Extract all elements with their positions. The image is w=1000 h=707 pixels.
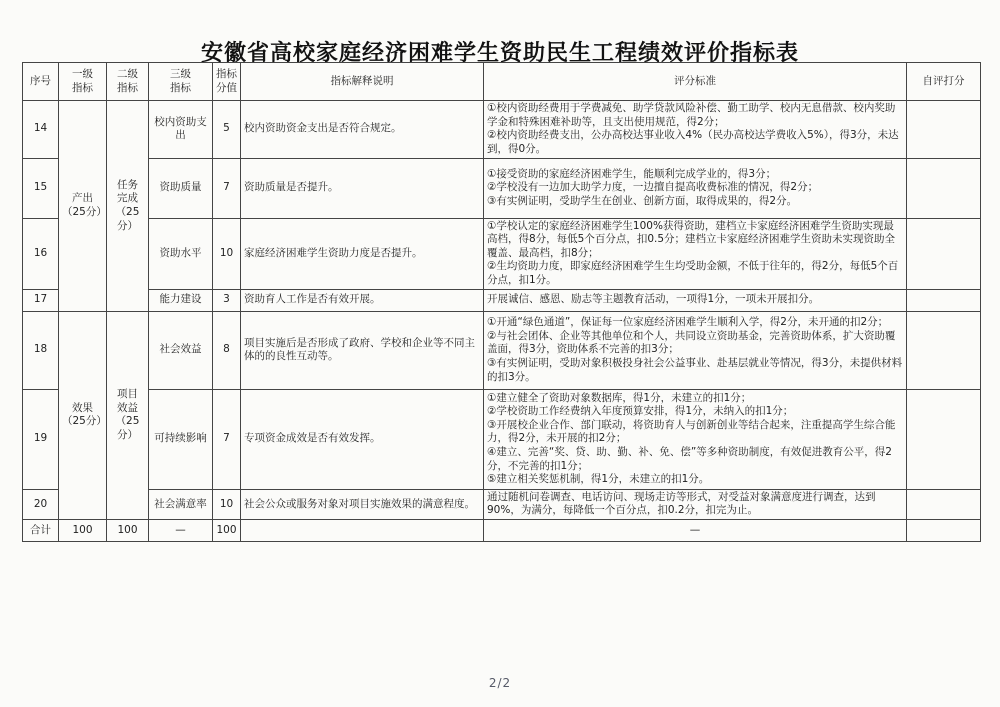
header-level1-indicator: 一级 指标	[59, 63, 107, 101]
cell-total-level3: —	[149, 520, 213, 542]
cell-level3: 资助质量	[149, 158, 213, 218]
header-criteria: 评分标准	[484, 63, 907, 101]
indicator-row-16: 16 资助水平 10 家庭经济困难学生资助力度是否提升。 ①学校认定的家庭经济困…	[23, 218, 981, 289]
indicator-row-17: 17 能力建设 3 资助育人工作是否有效开展。 开展诚信、感恩、励志等主题教育活…	[23, 289, 981, 311]
indicator-row-15: 15 资助质量 7 资助质量是否提升。 ①接受资助的家庭经济困难学生，能顺利完成…	[23, 158, 981, 218]
cell-level3: 校内资助支出	[149, 101, 213, 159]
cell-score: 3	[213, 289, 241, 311]
cell-criteria: 开展诚信、感恩、励志等主题教育活动，一项得1分，一项未开展扣分。	[484, 289, 907, 311]
header-explanation: 指标解释说明	[241, 63, 484, 101]
cell-total-explanation	[241, 520, 484, 542]
indicator-row-18: 18 效果 （25分） 项目 效益 （25分） 社会效益 8 项目实施后是否形成…	[23, 311, 981, 389]
cell-self-score	[907, 101, 981, 159]
cell-level3: 社会满意率	[149, 489, 213, 519]
cell-level2-task-completion: 任务 完成 （25分）	[107, 101, 149, 312]
cell-total-level2: 100	[107, 520, 149, 542]
cell-explanation: 资助质量是否提升。	[241, 158, 484, 218]
cell-serial: 18	[23, 311, 59, 389]
cell-explanation: 资助育人工作是否有效开展。	[241, 289, 484, 311]
cell-score: 5	[213, 101, 241, 159]
cell-serial: 16	[23, 218, 59, 289]
cell-explanation: 项目实施后是否形成了政府、学校和企业等不同主体的的良性互动等。	[241, 311, 484, 389]
cell-criteria: ①开通“绿色通道”，保证每一位家庭经济困难学生顺利入学，得2分，未开通的扣2分；…	[484, 311, 907, 389]
cell-level1-effect: 效果 （25分）	[59, 311, 107, 519]
cell-score: 10	[213, 489, 241, 519]
cell-total-level1: 100	[59, 520, 107, 542]
cell-criteria: ①建立健全了资助对象数据库，得1分，未建立的扣1分； ②学校资助工作经费纳入年度…	[484, 389, 907, 489]
cell-explanation: 家庭经济困难学生资助力度是否提升。	[241, 218, 484, 289]
cell-self-score	[907, 489, 981, 519]
cell-serial: 20	[23, 489, 59, 519]
indicator-row-20: 20 社会满意率 10 社会公众或服务对象对项目实施效果的满意程度。 通过随机问…	[23, 489, 981, 519]
indicator-row-19: 19 可持续影响 7 专项资金成效是否有效发挥。 ①建立健全了资助对象数据库，得…	[23, 389, 981, 489]
cell-total-label: 合计	[23, 520, 59, 542]
cell-total-criteria: —	[484, 520, 907, 542]
cell-criteria: 通过随机问卷调查、电话访问、现场走访等形式，对受益对象满意度进行调查，达到90%…	[484, 489, 907, 519]
header-level3-indicator: 三级 指标	[149, 63, 213, 101]
cell-criteria: ①校内资助经费用于学费减免、助学贷款风险补偿、勤工助学、校内无息借款、校内奖助学…	[484, 101, 907, 159]
cell-total-self-score	[907, 520, 981, 542]
cell-serial: 19	[23, 389, 59, 489]
cell-score: 7	[213, 158, 241, 218]
header-serial: 序号	[23, 63, 59, 101]
total-row: 合计 100 100 — 100 —	[23, 520, 981, 542]
cell-level3: 资助水平	[149, 218, 213, 289]
cell-score: 10	[213, 218, 241, 289]
header-self-score: 自评打分	[907, 63, 981, 101]
cell-serial: 15	[23, 158, 59, 218]
cell-criteria: ①学校认定的家庭经济困难学生100%获得资助，建档立卡家庭经济困难学生资助实现最…	[484, 218, 907, 289]
cell-score: 7	[213, 389, 241, 489]
cell-level3: 可持续影响	[149, 389, 213, 489]
cell-self-score	[907, 218, 981, 289]
cell-total-score: 100	[213, 520, 241, 542]
performance-indicator-table: 序号 一级 指标 二级 指标 三级 指标 指标 分值 指标解释说明 评分标准 自…	[22, 62, 981, 542]
cell-criteria: ①接受资助的家庭经济困难学生，能顺利完成学业的，得3分； ②学校没有一边加大助学…	[484, 158, 907, 218]
cell-self-score	[907, 158, 981, 218]
table-header-row: 序号 一级 指标 二级 指标 三级 指标 指标 分值 指标解释说明 评分标准 自…	[23, 63, 981, 101]
cell-self-score	[907, 389, 981, 489]
cell-level1-output: 产出 （25分）	[59, 101, 107, 312]
cell-self-score	[907, 311, 981, 389]
header-score: 指标 分值	[213, 63, 241, 101]
cell-level3: 能力建设	[149, 289, 213, 311]
cell-self-score	[907, 289, 981, 311]
cell-explanation: 校内资助资金支出是否符合规定。	[241, 101, 484, 159]
page-number: 2/2	[0, 676, 1000, 690]
header-level2-indicator: 二级 指标	[107, 63, 149, 101]
cell-serial: 14	[23, 101, 59, 159]
cell-score: 8	[213, 311, 241, 389]
cell-level3: 社会效益	[149, 311, 213, 389]
indicator-row-14: 14 产出 （25分） 任务 完成 （25分） 校内资助支出 5 校内资助资金支…	[23, 101, 981, 159]
cell-explanation: 专项资金成效是否有效发挥。	[241, 389, 484, 489]
cell-level2-project-benefit: 项目 效益 （25分）	[107, 311, 149, 519]
cell-explanation: 社会公众或服务对象对项目实施效果的满意程度。	[241, 489, 484, 519]
scanned-document-page: 安徽省高校家庭经济困难学生资助民生工程绩效评价指标表 序号 一级 指标 二级 指…	[0, 0, 1000, 707]
cell-serial: 17	[23, 289, 59, 311]
